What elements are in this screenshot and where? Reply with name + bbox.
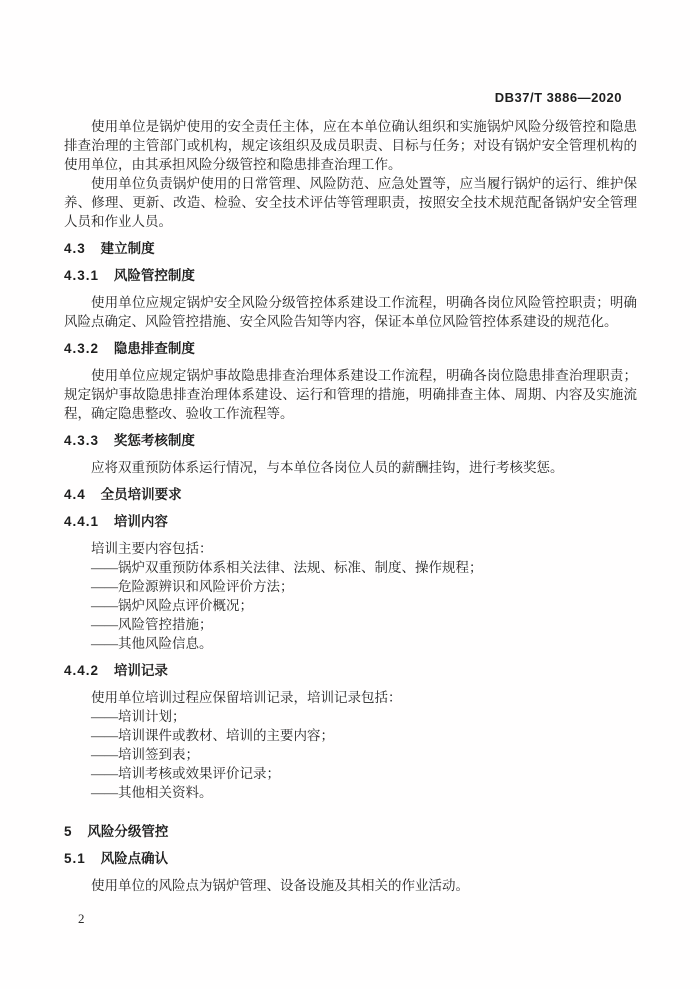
- heading-4-3-3: 4.3.3奖惩考核制度: [64, 431, 637, 450]
- list-item: ——锅炉双重预防体系相关法律、法规、标准、制度、操作规程；: [64, 558, 637, 577]
- list-item: ——其他相关资料。: [64, 783, 637, 802]
- heading-number: 5.1: [64, 851, 86, 866]
- heading-4-3-2: 4.3.2隐患排查制度: [64, 339, 637, 358]
- heading-4-4-2: 4.4.2培训记录: [64, 661, 637, 680]
- list-item: ——培训考核或效果评价记录；: [64, 764, 637, 783]
- list-item: ——培训签到表；: [64, 745, 637, 764]
- list-item: ——其他风险信息。: [64, 634, 637, 653]
- heading-number: 4.3.1: [64, 268, 99, 283]
- page-number: 2: [64, 909, 637, 928]
- list-4-4-2: ——培训计划； ——培训课件或教材、培训的主要内容； ——培训签到表； ——培训…: [64, 707, 637, 802]
- heading-4-4: 4.4全员培训要求: [64, 485, 637, 504]
- document-page: DB37/T 3886—2020 使用单位是锅炉使用的安全责任主体，应在本单位确…: [0, 0, 700, 989]
- heading-number: 4.3: [64, 241, 86, 256]
- heading-number: 4.4.1: [64, 514, 99, 529]
- list-item: ——锅炉风险点评价概况；: [64, 596, 637, 615]
- paragraph-4-3-1: 使用单位应规定锅炉安全风险分级管控体系建设工作流程，明确各岗位风险管控职责；明确…: [64, 293, 637, 331]
- heading-4-3-1: 4.3.1风险管控制度: [64, 266, 637, 285]
- heading-title: 风险管控制度: [114, 268, 195, 283]
- heading-5: 5风险分级管控: [64, 822, 637, 841]
- heading-4-3: 4.3建立制度: [64, 239, 637, 258]
- heading-4-4-1: 4.4.1培训内容: [64, 512, 637, 531]
- list-item: ——风险管控措施；: [64, 615, 637, 634]
- heading-title: 全员培训要求: [101, 487, 182, 502]
- heading-title: 培训记录: [114, 663, 168, 678]
- heading-number: 4.3.3: [64, 433, 99, 448]
- heading-title: 风险分级管控: [87, 824, 168, 839]
- heading-number: 4.3.2: [64, 341, 99, 356]
- paragraph-5-1: 使用单位的风险点为锅炉管理、设备设施及其相关的作业活动。: [64, 876, 637, 895]
- doc-code-header: DB37/T 3886—2020: [64, 88, 637, 107]
- paragraph-4-4-1-lead: 培训主要内容包括：: [64, 539, 637, 558]
- paragraph-4-3-3: 应将双重预防体系运行情况，与本单位各岗位人员的薪酬挂钩，进行考核奖惩。: [64, 458, 637, 477]
- list-item: ——培训计划；: [64, 707, 637, 726]
- heading-title: 风险点确认: [101, 851, 169, 866]
- paragraph-4-4-2-lead: 使用单位培训过程应保留培训记录，培训记录包括：: [64, 688, 637, 707]
- intro-paragraph-2: 使用单位负责锅炉使用的日常管理、风险防范、应急处置等，应当履行锅炉的运行、维护保…: [64, 174, 637, 231]
- list-4-4-1: ——锅炉双重预防体系相关法律、法规、标准、制度、操作规程； ——危险源辨识和风险…: [64, 558, 637, 653]
- list-item: ——培训课件或教材、培训的主要内容；: [64, 726, 637, 745]
- heading-number: 4.4.2: [64, 663, 99, 678]
- heading-title: 建立制度: [101, 241, 155, 256]
- paragraph-4-3-2: 使用单位应规定锅炉事故隐患排查治理体系建设工作流程，明确各岗位隐患排查治理职责；…: [64, 366, 637, 423]
- heading-number: 4.4: [64, 487, 86, 502]
- heading-title: 培训内容: [114, 514, 168, 529]
- heading-number: 5: [64, 824, 73, 839]
- heading-title: 奖惩考核制度: [114, 433, 195, 448]
- heading-5-1: 5.1风险点确认: [64, 849, 637, 868]
- heading-title: 隐患排查制度: [114, 341, 195, 356]
- list-item: ——危险源辨识和风险评价方法；: [64, 577, 637, 596]
- intro-paragraph-1: 使用单位是锅炉使用的安全责任主体，应在本单位确认组织和实施锅炉风险分级管控和隐患…: [64, 117, 637, 174]
